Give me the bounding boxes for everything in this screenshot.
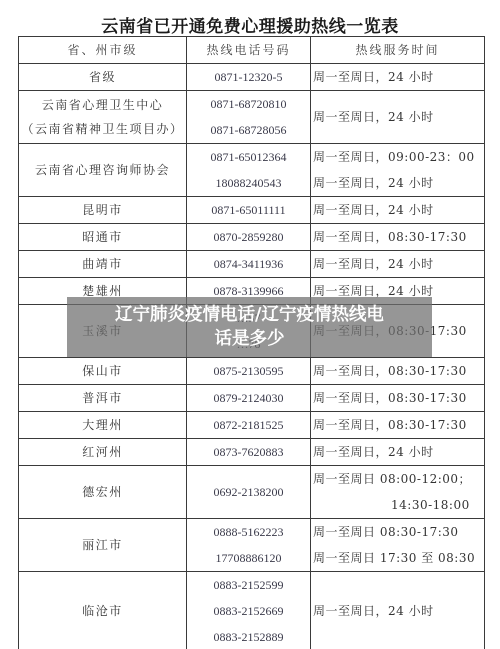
table-row: 曲靖市0874-3411936周一至周日，24 小时 <box>19 251 485 278</box>
service-hours: 周一至周日，24 小时 <box>313 170 484 196</box>
region-name: 丽江市 <box>19 533 186 557</box>
phone-number: 0871-12320-5 <box>187 64 310 90</box>
hours-cell: 周一至周日，08:30-17:30 <box>311 358 485 385</box>
phone-cell: 0888-516222317708886120 <box>187 519 311 572</box>
header-region: 省、州市级 <box>19 37 187 64</box>
region-cell: 曲靖市 <box>19 251 187 278</box>
phone-cell: 0871-6501236418088240543 <box>187 144 311 197</box>
hours-cell: 周一至周日，24 小时 <box>311 439 485 466</box>
table-row: 云南省心理卫生中心（云南省精神卫生项目办）0871-687208100871-6… <box>19 91 485 144</box>
region-name: 德宏州 <box>19 480 186 504</box>
table-row: 省级0871-12320-5周一至周日，24 小时 <box>19 64 485 91</box>
phone-number: 0871-65011111 <box>187 197 310 223</box>
phone-cell: 0875-2130595 <box>187 358 311 385</box>
phone-number: 0883-2152889 <box>187 624 310 649</box>
service-hours: 周一至周日 08:30-17:30 <box>313 519 484 545</box>
phone-number: 0870-2859280 <box>187 224 310 250</box>
hours-cell: 周一至周日，08:30-17:30 <box>311 412 485 439</box>
service-hours: 周一至周日，24 小时 <box>313 104 484 130</box>
header-phone: 热线电话号码 <box>187 37 311 64</box>
phone-cell: 0873-7620883 <box>187 439 311 466</box>
hours-cell: 周一至周日，24 小时 <box>311 572 485 649</box>
region-cell: 昆明市 <box>19 197 187 224</box>
caption-overlay: 辽宁肺炎疫情电话/辽宁疫情热线电 话是多少 <box>67 297 432 357</box>
service-hours: 周一至周日，24 小时 <box>313 64 484 90</box>
region-cell: 云南省心理卫生中心（云南省精神卫生项目办） <box>19 91 187 144</box>
phone-cell: 0871-65011111 <box>187 197 311 224</box>
region-name: 云南省心理卫生中心 <box>19 93 186 117</box>
hours-cell: 周一至周日，24 小时 <box>311 91 485 144</box>
region-cell: 保山市 <box>19 358 187 385</box>
region-name: 曲靖市 <box>19 252 186 276</box>
caption-line-2: 话是多少 <box>67 327 432 351</box>
hours-cell: 周一至周日，09:00-23：00周一至周日，24 小时 <box>311 144 485 197</box>
table-header-row: 省、州市级 热线电话号码 热线服务时间 <box>19 37 485 64</box>
phone-number: 0871-68728056 <box>187 117 310 143</box>
service-hours: 周一至周日，24 小时 <box>313 251 484 277</box>
table-row: 保山市0875-2130595周一至周日，08:30-17:30 <box>19 358 485 385</box>
region-name: 云南省心理咨询师协会 <box>19 158 186 182</box>
table-row: 临沧市0883-21525990883-21526690883-2152889周… <box>19 572 485 649</box>
region-name: 红河州 <box>19 440 186 464</box>
table-row: 云南省心理咨询师协会0871-6501236418088240543周一至周日，… <box>19 144 485 197</box>
region-name: 昭通市 <box>19 225 186 249</box>
service-hours: 周一至周日，08:30-17:30 <box>313 358 484 384</box>
hours-cell: 周一至周日，08:30-17:30 <box>311 385 485 412</box>
phone-cell: 0871-687208100871-68728056 <box>187 91 311 144</box>
table-row: 大理州0872-2181525周一至周日，08:30-17:30 <box>19 412 485 439</box>
region-cell: 红河州 <box>19 439 187 466</box>
service-hours: 周一至周日 17:30 至 08:30 <box>313 545 484 571</box>
region-cell: 云南省心理咨询师协会 <box>19 144 187 197</box>
phone-cell: 0879-2124030 <box>187 385 311 412</box>
phone-cell: 0874-3411936 <box>187 251 311 278</box>
header-hours: 热线服务时间 <box>311 37 485 64</box>
region-name: （云南省精神卫生项目办） <box>19 117 186 141</box>
hours-cell: 周一至周日，24 小时 <box>311 197 485 224</box>
region-cell: 昭通市 <box>19 224 187 251</box>
phone-cell: 0870-2859280 <box>187 224 311 251</box>
service-hours: 周一至周日，24 小时 <box>313 197 484 223</box>
table-row: 红河州0873-7620883周一至周日，24 小时 <box>19 439 485 466</box>
caption-line-1: 辽宁肺炎疫情电话/辽宁疫情热线电 <box>67 303 432 327</box>
document-title: 云南省已开通免费心理援助热线一览表 <box>0 12 500 37</box>
service-hours: 周一至周日，08:30-17:30 <box>313 224 484 250</box>
phone-number: 0692-2138200 <box>187 479 310 505</box>
phone-number: 0873-7620883 <box>187 439 310 465</box>
phone-number: 0883-2152599 <box>187 572 310 598</box>
region-cell: 丽江市 <box>19 519 187 572</box>
service-hours: 周一至周日，09:00-23：00 <box>313 144 484 170</box>
service-hours: 周一至周日，24 小时 <box>313 598 484 624</box>
hours-cell: 周一至周日 08:00-12:00；14:30-18:00 <box>311 466 485 519</box>
service-hours: 周一至周日，24 小时 <box>313 439 484 465</box>
region-name: 省级 <box>19 65 186 89</box>
service-hours: 周一至周日 08:00-12:00； <box>313 466 484 492</box>
phone-number: 0871-68720810 <box>187 91 310 117</box>
region-name: 保山市 <box>19 359 186 383</box>
service-hours: 14:30-18:00 <box>313 492 484 518</box>
phone-cell: 0871-12320-5 <box>187 64 311 91</box>
region-cell: 省级 <box>19 64 187 91</box>
hours-cell: 周一至周日，08:30-17:30 <box>311 224 485 251</box>
service-hours: 周一至周日，08:30-17:30 <box>313 385 484 411</box>
phone-number: 0879-2124030 <box>187 385 310 411</box>
table-row: 昭通市0870-2859280周一至周日，08:30-17:30 <box>19 224 485 251</box>
table-row: 丽江市0888-516222317708886120周一至周日 08:30-17… <box>19 519 485 572</box>
table-row: 德宏州0692-2138200周一至周日 08:00-12:00；14:30-1… <box>19 466 485 519</box>
region-name: 昆明市 <box>19 198 186 222</box>
phone-number: 18088240543 <box>187 170 310 196</box>
phone-cell: 0883-21525990883-21526690883-2152889 <box>187 572 311 649</box>
phone-number: 0875-2130595 <box>187 358 310 384</box>
region-name: 大理州 <box>19 413 186 437</box>
phone-number: 0871-65012364 <box>187 144 310 170</box>
phone-number: 0888-5162223 <box>187 519 310 545</box>
service-hours: 周一至周日，08:30-17:30 <box>313 412 484 438</box>
region-cell: 德宏州 <box>19 466 187 519</box>
hours-cell: 周一至周日 08:30-17:30周一至周日 17:30 至 08:30 <box>311 519 485 572</box>
hours-cell: 周一至周日，24 小时 <box>311 251 485 278</box>
phone-cell: 0692-2138200 <box>187 466 311 519</box>
hours-cell: 周一至周日，24 小时 <box>311 64 485 91</box>
phone-number: 0872-2181525 <box>187 412 310 438</box>
phone-number: 17708886120 <box>187 545 310 571</box>
table-row: 昆明市0871-65011111周一至周日，24 小时 <box>19 197 485 224</box>
region-cell: 临沧市 <box>19 572 187 649</box>
region-name: 临沧市 <box>19 599 186 623</box>
region-cell: 普洱市 <box>19 385 187 412</box>
phone-number: 0883-2152669 <box>187 598 310 624</box>
phone-cell: 0872-2181525 <box>187 412 311 439</box>
region-name: 普洱市 <box>19 386 186 410</box>
region-cell: 大理州 <box>19 412 187 439</box>
phone-number: 0874-3411936 <box>187 251 310 277</box>
table-row: 普洱市0879-2124030周一至周日，08:30-17:30 <box>19 385 485 412</box>
